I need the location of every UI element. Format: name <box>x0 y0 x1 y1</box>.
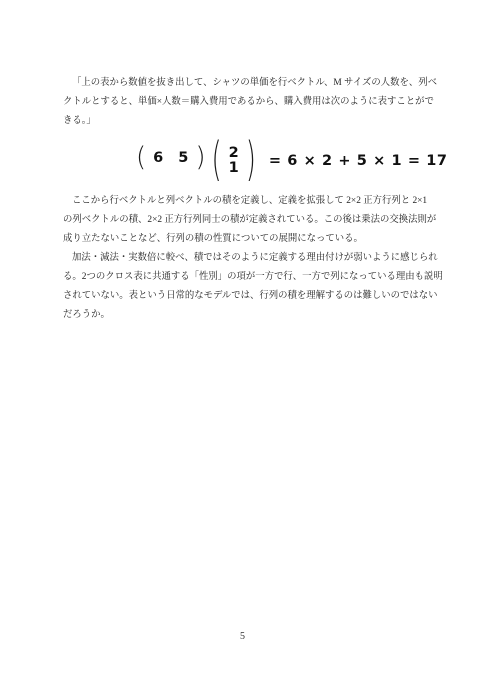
body-paragraph-1: ここから行ベクトルと列ベクトルの積を定義し、定義を拡張して 2×2 正方行列と … <box>63 192 429 249</box>
column-vector-value: 1 <box>229 161 239 177</box>
text-line: る。2つのクロス表に共通する「性別」の項が一方で行、一方で列になっている理由も説… <box>63 268 429 287</box>
open-paren-icon: ( <box>212 138 222 184</box>
quote-paragraph: 「上の表から数値を抜き出して、シャツの単価を行ベクトル、M サイズの人数を、列ベ… <box>63 74 429 131</box>
document-page: 「上の表から数値を抜き出して、シャツの単価を行ベクトル、M サイズの人数を、列ベ… <box>0 0 485 691</box>
text-line: だろうか。 <box>63 306 429 325</box>
row-vector-value: 5 <box>178 150 188 166</box>
text-line: きる。」 <box>63 112 429 131</box>
column-vector-values: 2 1 <box>222 146 246 177</box>
row-vector-value: 6 <box>153 150 163 166</box>
text-line: 加法・減法・実数倍に較べ、積ではそのように定義する理由付けが弱いように感じられ <box>63 249 429 268</box>
text-line: クトルとすると、単価×人数＝購入費用であるから、購入費用は次のように表すことがで <box>63 93 429 112</box>
text-line: されていない。表という日常的なモデルでは、行列の積を理解するのは難しいのではない <box>63 287 429 306</box>
body-paragraph-2: 加法・減法・実数倍に較べ、積ではそのように定義する理由付けが弱いように感じられ … <box>63 249 429 325</box>
text-line: ここから行ベクトルと列ベクトルの積を定義し、定義を拡張して 2×2 正方行列と … <box>63 192 429 211</box>
matrix-formula: ( 6 5 ) ( 2 1 ) = 6 × 2 + 5 × 1 = 17 <box>136 135 448 187</box>
close-paren-icon: ) <box>246 138 256 184</box>
row-vector: ( 6 5 ) <box>136 145 206 171</box>
text-line: の列ベクトルの積、2×2 正方行列同士の積が定義されている。この後は乗法の交換法… <box>63 211 429 230</box>
row-vector-values: 6 5 <box>146 150 195 166</box>
text-line: 成り立たないことなど、行列の積の性質についての展開になっている。 <box>63 230 429 249</box>
text-line: 「上の表から数値を抜き出して、シャツの単価を行ベクトル、M サイズの人数を、列ベ <box>63 74 429 93</box>
close-paren-icon: ) <box>195 145 205 172</box>
open-paren-icon: ( <box>136 145 146 172</box>
page-number: 5 <box>0 631 485 642</box>
column-vector: ( 2 1 ) <box>212 146 256 177</box>
column-vector-value: 2 <box>229 146 239 162</box>
formula-result: = 6 × 2 + 5 × 1 = 17 <box>269 153 448 169</box>
